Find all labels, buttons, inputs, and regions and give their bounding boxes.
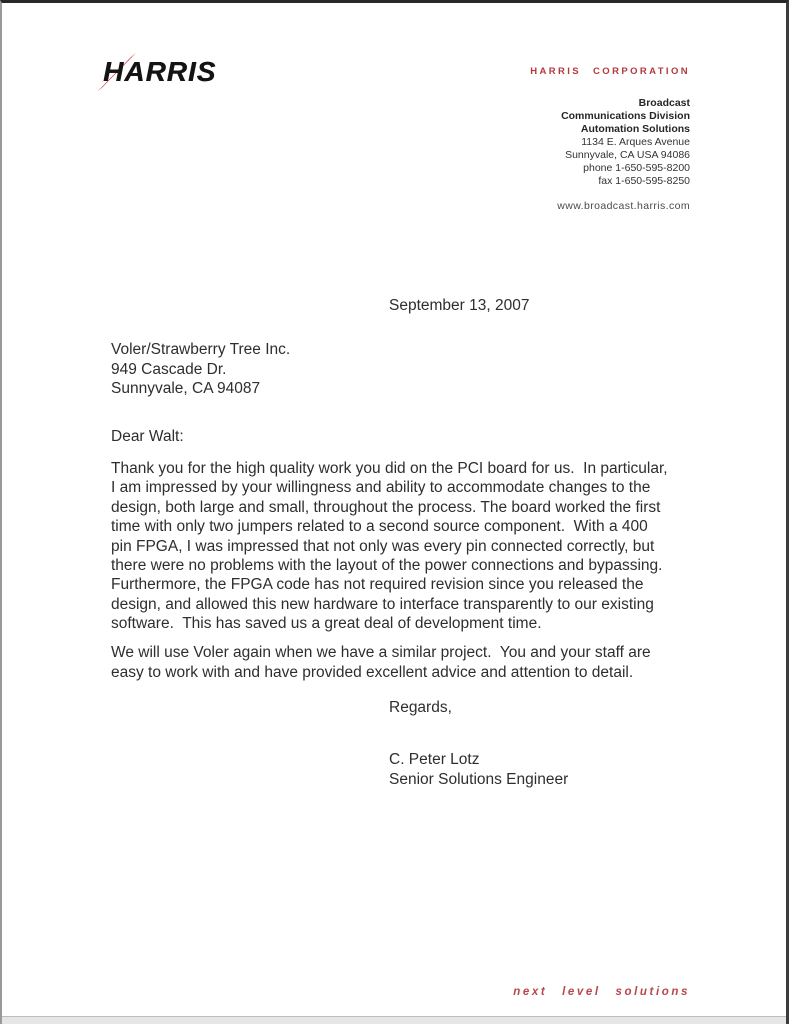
harris-logo: HARRIS bbox=[93, 50, 223, 98]
recipient-line: Voler/Strawberry Tree Inc. bbox=[111, 340, 290, 360]
company-name: HARRIS CORPORATION bbox=[530, 66, 690, 77]
division-line: Broadcast bbox=[530, 97, 690, 110]
body-line: easy to work with and have provided exce… bbox=[111, 663, 651, 683]
letterhead-block: HARRIS CORPORATION Broadcast Communicati… bbox=[530, 66, 690, 212]
letter-date: September 13, 2007 bbox=[389, 297, 529, 315]
body-line: We will use Voler again when we have a s… bbox=[111, 643, 651, 663]
division-line: Automation Solutions bbox=[530, 123, 690, 136]
salutation: Dear Walt: bbox=[111, 428, 184, 446]
body-line: I am impressed by your willingness and a… bbox=[111, 478, 668, 497]
address-line: fax 1-650-595-8250 bbox=[530, 175, 690, 188]
logo-wordmark: HARRIS bbox=[103, 56, 216, 88]
recipient-line: Sunnyvale, CA 94087 bbox=[111, 379, 290, 399]
body-line: software. This has saved us a great deal… bbox=[111, 614, 668, 633]
body-paragraph-1: Thank you for the high quality work you … bbox=[111, 459, 668, 634]
body-line: Furthermore, the FPGA code has not requi… bbox=[111, 575, 668, 594]
scan-bottom-edge bbox=[0, 1016, 789, 1024]
body-paragraph-2: We will use Voler again when we have a s… bbox=[111, 643, 651, 682]
address-line: Sunnyvale, CA USA 94086 bbox=[530, 149, 690, 162]
tagline: next level solutions bbox=[513, 986, 690, 998]
division-line: Communications Division bbox=[530, 110, 690, 123]
signature-name: C. Peter Lotz bbox=[389, 750, 568, 770]
body-line: pin FPGA, I was impressed that not only … bbox=[111, 537, 668, 556]
body-line: design, both large and small, throughout… bbox=[111, 498, 668, 517]
signature-block: C. Peter Lotz Senior Solutions Engineer bbox=[389, 750, 568, 790]
body-line: time with only two jumpers related to a … bbox=[111, 517, 668, 536]
body-line: there were no problems with the layout o… bbox=[111, 556, 668, 575]
signature-title: Senior Solutions Engineer bbox=[389, 770, 568, 790]
closing: Regards, bbox=[389, 699, 452, 717]
recipient-line: 949 Cascade Dr. bbox=[111, 360, 290, 380]
body-line: design, and allowed this new hardware to… bbox=[111, 595, 668, 614]
address-line: phone 1-650-595-8200 bbox=[530, 162, 690, 175]
recipient-address: Voler/Strawberry Tree Inc. 949 Cascade D… bbox=[111, 340, 290, 399]
body-line: Thank you for the high quality work you … bbox=[111, 459, 668, 478]
address-line: 1134 E. Arques Avenue bbox=[530, 136, 690, 149]
website-url: www.broadcast.harris.com bbox=[530, 200, 690, 212]
